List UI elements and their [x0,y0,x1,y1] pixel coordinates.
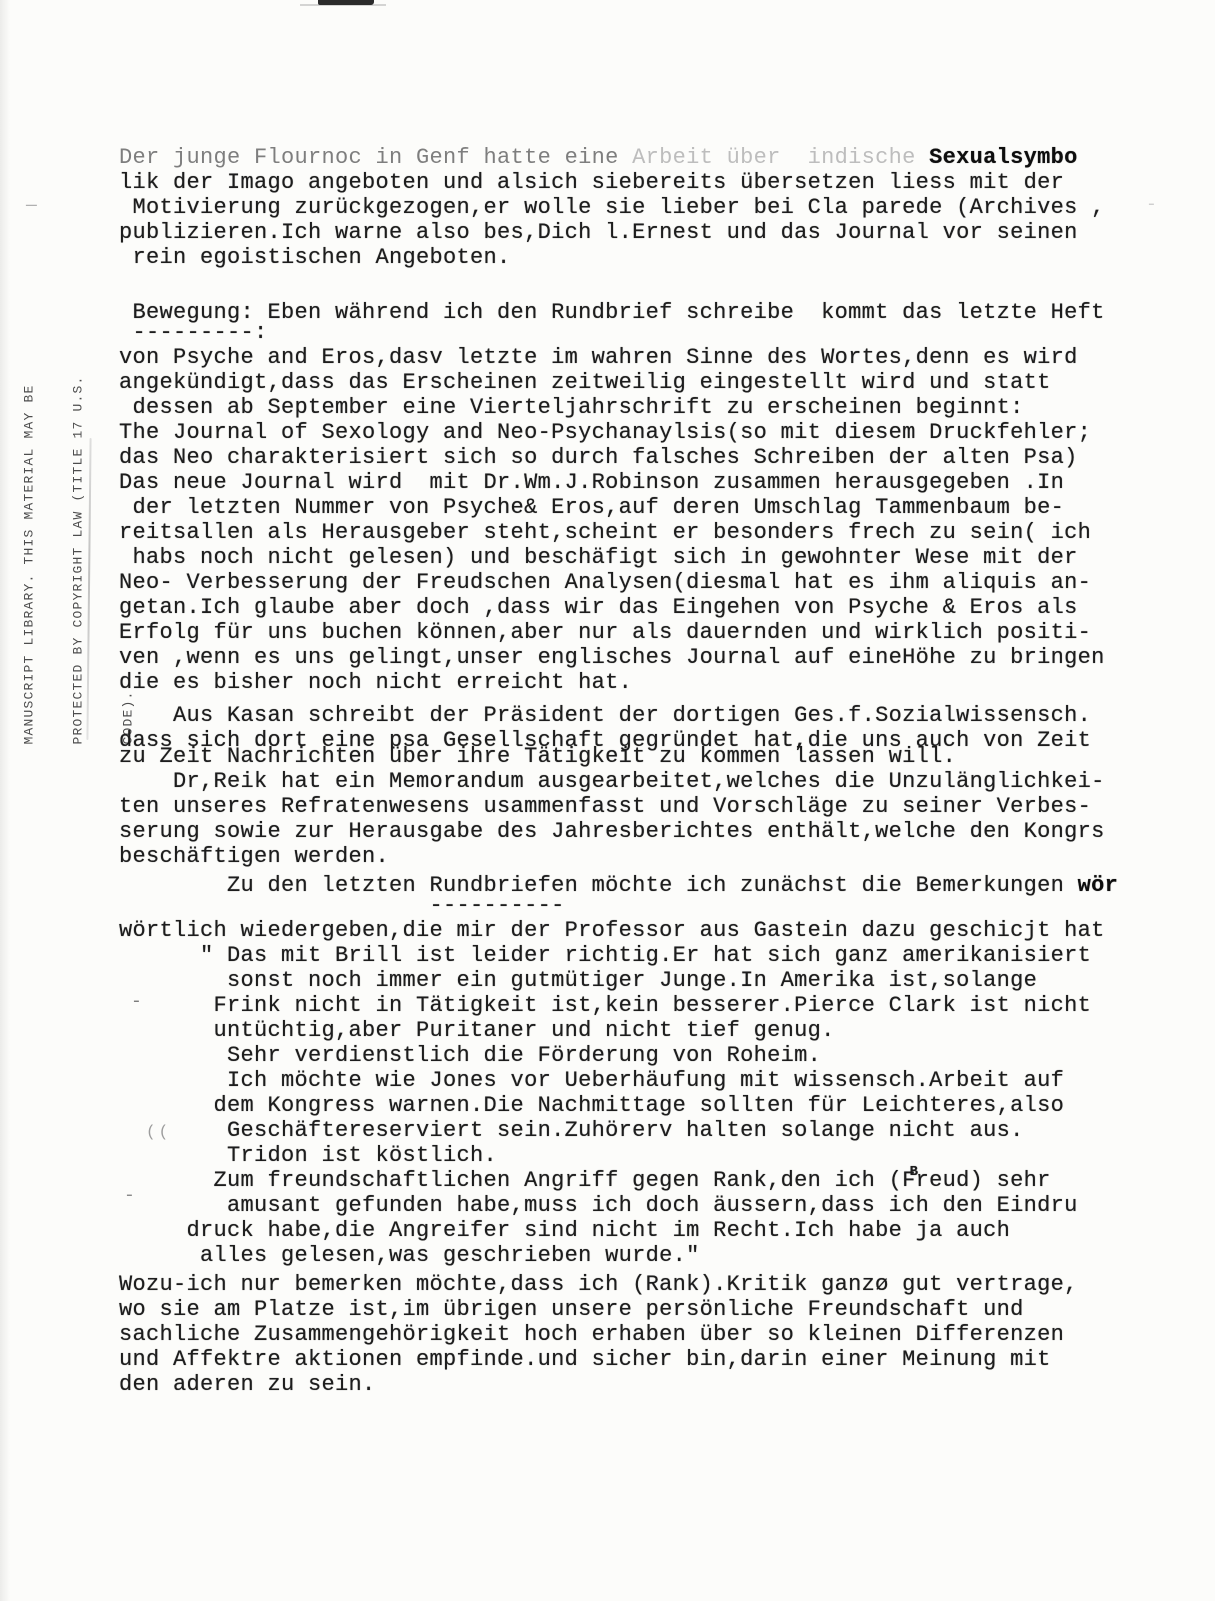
text-line: Das neue Journal wird mit Dr.Wm.J.Robins… [119,470,1118,495]
text-line: dem Kongress warnen.Die Nachmittage soll… [119,1093,1118,1118]
text-line: Wozu-ich nur bemerken möchte,dass ich (R… [119,1272,1118,1297]
scan-smudge [318,0,374,5]
text-line: ven ,wenn es uns gelingt,unser englische… [119,645,1118,670]
text-line: serung sowie zur Herausgabe des Jahresbe… [119,819,1118,844]
text-line: Sehr verdienstlich die Förderung von Roh… [119,1043,1118,1068]
paragraph: Aus Kasan schreibt der Präsident der dor… [119,703,1118,869]
stamp-line: PROTECTED BY COPYRIGHT LAW (TITLE 17 U.S… [71,375,88,744]
stamp-line: MANUSCRIPT LIBRARY. THIS MATERIAL MAY BE [21,375,38,744]
text-line: Dr,Reik hat ein Memorandum ausgearbeitet… [119,769,1118,794]
text-line: den aderen zu sein. [119,1372,1118,1397]
text-line: amusant gefunden habe,muss ich doch äuss… [119,1193,1118,1218]
text-line: die es bisher noch nicht erreicht hat. [119,670,1118,695]
text-line: ten unseres Refratenwesens usammenfasst … [119,794,1118,819]
paragraph: Zu den letzten Rundbriefen möchte ich zu… [119,873,1118,918]
text-line: Geschäftereserviert sein.Zuhörerv halten… [119,1118,1118,1143]
text-line: habs noch nicht gelesen) und beschäfigt … [119,545,1118,570]
text-line: Frink nicht in Tätigkeit ist,kein besser… [119,993,1118,1018]
paragraph: Bewegung: Eben während ich den Rundbrief… [119,300,1118,345]
text-segment: Arbeit über indische [632,145,929,170]
text-line: Motivierung zurückgezogen,er wolle sie l… [119,195,1118,220]
text-line: Zum freundschaftlichen Angriff gegen Ran… [119,1168,1118,1193]
text-line: Tridon ist köstlich. [119,1143,1118,1168]
text-segment: Der junge Flournoc in Genf hatte eine [119,145,632,170]
paragraph: wörtlich wiedergeben,die mir der Profess… [119,918,1118,1268]
text-line: sonst noch immer ein gutmütiger Junge.In… [119,968,1118,993]
text-segment: wör [1078,873,1119,898]
text-line: wörtlich wiedergeben,die mir der Profess… [119,918,1118,943]
text-line: lik der Imago angeboten und alsich siebe… [119,170,1118,195]
text-line: getan.Ich glaube aber doch ,dass wir das… [119,595,1118,620]
text-segment: Sexualsymbo [929,145,1078,170]
paragraph: von Psyche and Eros,dasv letzte im wahre… [119,345,1118,695]
text-line: The Journal of Sexology and Neo-Psychana… [119,420,1118,445]
text-line: angekündigt,dass das Erscheinen zeitweil… [119,370,1118,395]
text-line: druck habe,die Angreifer sind nicht im R… [119,1218,1118,1243]
text-line: Aus Kasan schreibt der Präsident der dor… [119,703,1118,728]
text-line: und Affektre aktionen empfinde.und siche… [119,1347,1118,1372]
text-line: Bewegung: Eben während ich den Rundbrief… [119,300,1118,325]
text-line: untüchtig,aber Puritaner und nicht tief … [119,1018,1118,1043]
text-line: von Psyche and Eros,dasv letzte im wahre… [119,345,1118,370]
text-line: Neo- Verbesserung der Freudschen Analyse… [119,570,1118,595]
text-line: beschäftigen werden. [119,844,1118,869]
text-line: reitsallen als Herausgeber steht,scheint… [119,520,1118,545]
text-line: sachliche Zusammengehörigkeit hoch erhab… [119,1322,1118,1347]
text-line: Erfolg für uns buchen können,aber nur al… [119,620,1118,645]
text-line: rein egoistischen Angeboten. [119,245,1118,270]
stray-mark: — [26,197,37,215]
paragraph: Wozu-ich nur bemerken möchte,dass ich (R… [119,1272,1118,1397]
paragraph: Der junge Flournoc in Genf hatte eine Ar… [119,145,1118,270]
text-line: der letzten Nummer von Psyche& Eros,auf … [119,495,1118,520]
text-line: publizieren.Ich warne also bes,Dich l.Er… [119,220,1118,245]
text-segment: Zum freundschaftlichen Angriff gegen Ran… [119,1168,916,1193]
scanned-letter-page: IN THE COLUMBIA UNIVERSITY RARE BOOK AND… [0,0,1215,1601]
text-line: das Neo charakterisiert sich so durch fa… [119,445,1118,470]
stray-mark: - [1146,196,1157,214]
text-line: wo sie am Platze ist,im übrigen unsere p… [119,1297,1118,1322]
text-line: " Das mit Brill ist leider richtig.Er ha… [119,943,1118,968]
text-line: Der junge Flournoc in Genf hatte eine Ar… [119,145,1118,170]
text-line: Ich möchte wie Jones vor Ueberhäufung mi… [119,1068,1118,1093]
text-segment: reud) sehr [916,1168,1051,1193]
text-line: dessen ab September eine Vierteljahrschr… [119,395,1118,420]
letter-body: Der junge Flournoc in Genf hatte eine Ar… [119,145,1118,1397]
text-line: alles gelesen,was geschrieben wurde." [119,1243,1118,1268]
